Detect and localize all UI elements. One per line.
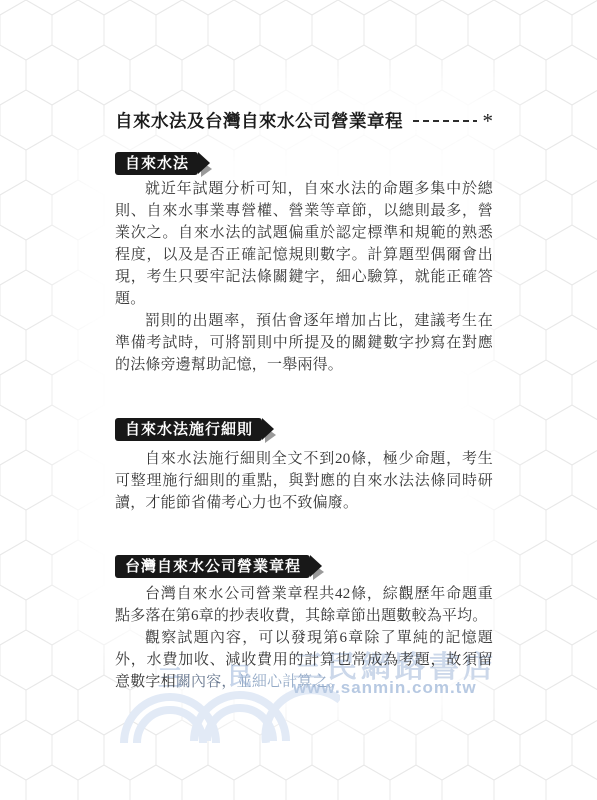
paragraph: 自來水法施行細則全文不到20條，極少命題，考生可整理施行細則的重點，與對應的自來… (115, 448, 493, 514)
header-arrow-tip-icon (310, 555, 322, 577)
title-asterisk-icon: * (483, 111, 494, 132)
page-title: 自來水法及台灣自來水公司營業章程 (115, 108, 403, 133)
paragraph-text-faded-dark: 關內容， (176, 674, 237, 690)
header-arrow-tip-icon (198, 152, 210, 174)
section-header-label: 台灣自來水公司營業章程 (125, 558, 301, 575)
paragraph-text-faded-light: 並細心計算之。 (237, 674, 343, 690)
section-3-body: 台灣自來水公司營業章程共42條，綜觀歷年命題重點多落在第6章的抄表收費，其餘章節… (115, 583, 493, 693)
section-header-water-law: 自來水法 (115, 152, 198, 175)
paragraph: 就近年試題分析可知，自來水法的命題多集中於總則、自來水事業專營權、營業等章節，以… (115, 178, 493, 310)
section-header-enforcement-rules: 自來水法施行細則 (115, 418, 262, 441)
section-header-company-charter: 台灣自來水公司營業章程 (115, 555, 310, 578)
header-arrow-tip-icon (262, 418, 274, 440)
paragraph: 台灣自來水公司營業章程共42條，綜觀歷年命題重點多落在第6章的抄表收費，其餘章節… (115, 583, 493, 627)
section-header-label: 自來水法 (125, 155, 189, 172)
section-2-body: 自來水法施行細則全文不到20條，極少命題，考生可整理施行細則的重點，與對應的自來… (115, 448, 493, 514)
paragraph: 罰則的出題率，預估會逐年增加占比，建議考生在準備考試時，可將罰則中所提及的關鍵數… (115, 310, 493, 376)
section-header-label: 自來水法施行細則 (125, 421, 253, 438)
chapter-title-row: 自來水法及台灣自來水公司營業章程 * (115, 105, 493, 135)
main-content: 自來水法及台灣自來水公司營業章程 * 自來水法 就近年試題分析可知，自來水法的命… (115, 105, 493, 693)
paragraph: 觀察試題內容，可以發現第6章除了單純的記憶題外，水費加收、減收費用的計算也常成為… (115, 627, 493, 693)
section-1-body: 就近年試題分析可知，自來水法的命題多集中於總則、自來水事業專營權、營業等章節，以… (115, 178, 493, 376)
title-dashed-rule (413, 120, 477, 122)
